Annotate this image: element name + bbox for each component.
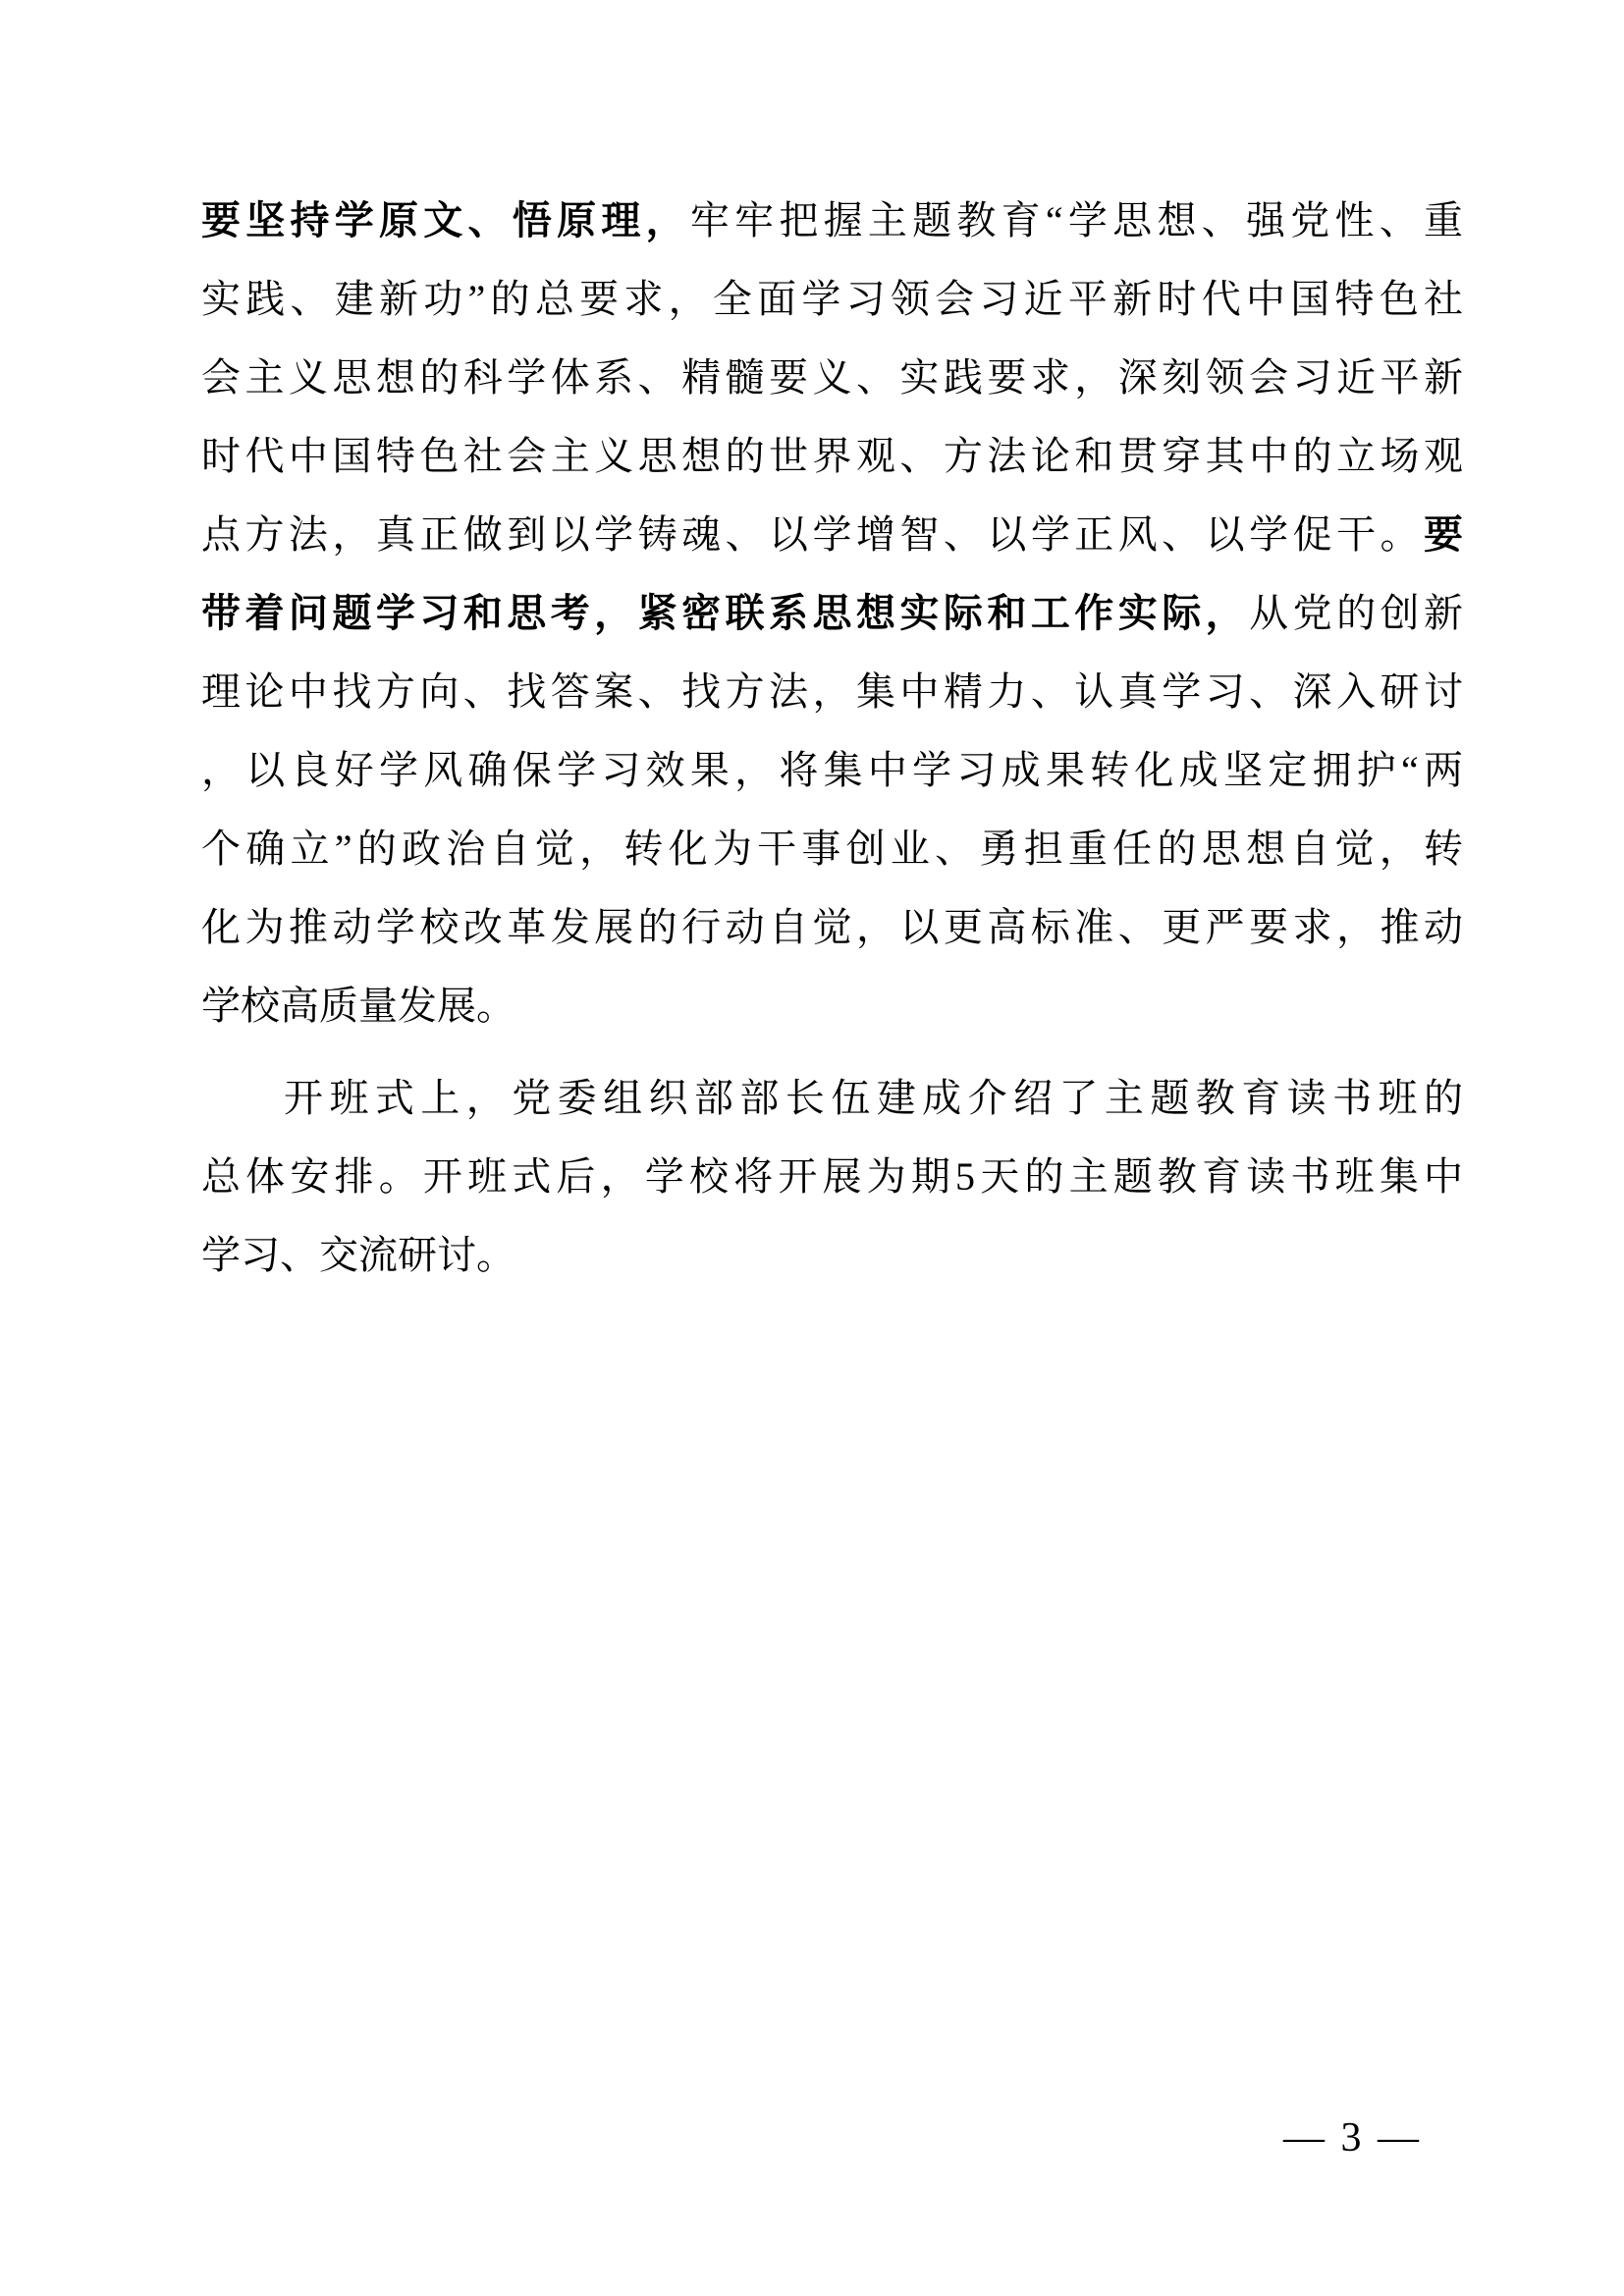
text-line: 带着问题学习和思考，紧密联系思想实际和工作实际，从党的创新 — [201, 574, 1463, 653]
bold-text-run: 带着问题学习和思考，紧密联系思想实际和工作实际， — [201, 592, 1249, 635]
text-line: 开班式上，党委组织部部长伍建成介绍了主题教育读书班的 — [201, 1059, 1463, 1138]
document-body: 要坚持学原文、悟原理，牢牢把握主题教育“学思想、强党性、重实践、建新功”的总要求… — [201, 182, 1463, 1295]
bold-text-run: 要坚持学原文、悟原理， — [201, 199, 690, 242]
text-line: 点方法，真正做到以学铸魂、以学增智、以学正风、以学促干。要 — [201, 496, 1463, 574]
text-line: 总体安排。开班式后，学校将开展为期5天的主题教育读书班集中 — [201, 1138, 1463, 1216]
text-line: 学校高质量发展。 — [201, 967, 1463, 1045]
text-run: 开班式上，党委组织部部长伍建成介绍了主题教育读书班的 — [284, 1076, 1463, 1120]
text-run: 学习、交流研讨。 — [201, 1233, 515, 1277]
text-run: ，以良好学风确保学习效果，将集中学习成果转化成坚定拥护“两 — [201, 748, 1463, 792]
paragraph-1: 要坚持学原文、悟原理，牢牢把握主题教育“学思想、强党性、重实践、建新功”的总要求… — [201, 182, 1463, 1045]
text-run: 牢牢把握主题教育“学思想、强党性、重 — [690, 198, 1463, 242]
document-page: 要坚持学原文、悟原理，牢牢把握主题教育“学思想、强党性、重实践、建新功”的总要求… — [0, 0, 1624, 2296]
text-run: 从党的创新 — [1249, 591, 1463, 635]
text-run: 学校高质量发展。 — [201, 984, 515, 1028]
text-line: 要坚持学原文、悟原理，牢牢把握主题教育“学思想、强党性、重 — [201, 182, 1463, 260]
text-run: 理论中找方向、找答案、找方法，集中精力、认真学习、深入研讨 — [201, 669, 1463, 714]
text-run: 总体安排。开班式后，学校将开展为期5天的主题教育读书班集中 — [201, 1154, 1463, 1199]
text-run: 时代中国特色社会主义思想的世界观、方法论和贯穿其中的立场观 — [201, 434, 1463, 478]
text-line: 理论中找方向、找答案、找方法，集中精力、认真学习、深入研讨 — [201, 653, 1463, 731]
text-line: 时代中国特色社会主义思想的世界观、方法论和贯穿其中的立场观 — [201, 417, 1463, 496]
text-run: 会主义思想的科学体系、精髓要义、实践要求，深刻领会习近平新 — [201, 355, 1463, 400]
paragraph-2: 开班式上，党委组织部部长伍建成介绍了主题教育读书班的总体安排。开班式后，学校将开… — [201, 1059, 1463, 1295]
text-run: 实践、建新功”的总要求，全面学习领会习近平新时代中国特色社 — [201, 277, 1463, 321]
text-run: 个确立”的政治自觉，转化为干事创业、勇担重任的思想自觉，转 — [201, 827, 1463, 871]
text-line: 会主义思想的科学体系、精髓要义、实践要求，深刻领会习近平新 — [201, 339, 1463, 417]
text-run: 化为推动学校改革发展的行动自觉，以更高标准、更严要求，推动 — [201, 905, 1463, 949]
text-line: 化为推动学校改革发展的行动自觉，以更高标准、更严要求，推动 — [201, 888, 1463, 967]
text-line: 实践、建新功”的总要求，全面学习领会习近平新时代中国特色社 — [201, 260, 1463, 339]
text-line: ，以良好学风确保学习效果，将集中学习成果转化成坚定拥护“两 — [201, 731, 1463, 810]
page-number: — 3 — — [1283, 2109, 1419, 2167]
bold-text-run: 要 — [1424, 513, 1463, 557]
text-line: 个确立”的政治自觉，转化为干事创业、勇担重任的思想自觉，转 — [201, 810, 1463, 888]
text-line: 学习、交流研讨。 — [201, 1216, 1463, 1295]
text-run: 点方法，真正做到以学铸魂、以学增智、以学正风、以学促干。 — [201, 512, 1424, 557]
